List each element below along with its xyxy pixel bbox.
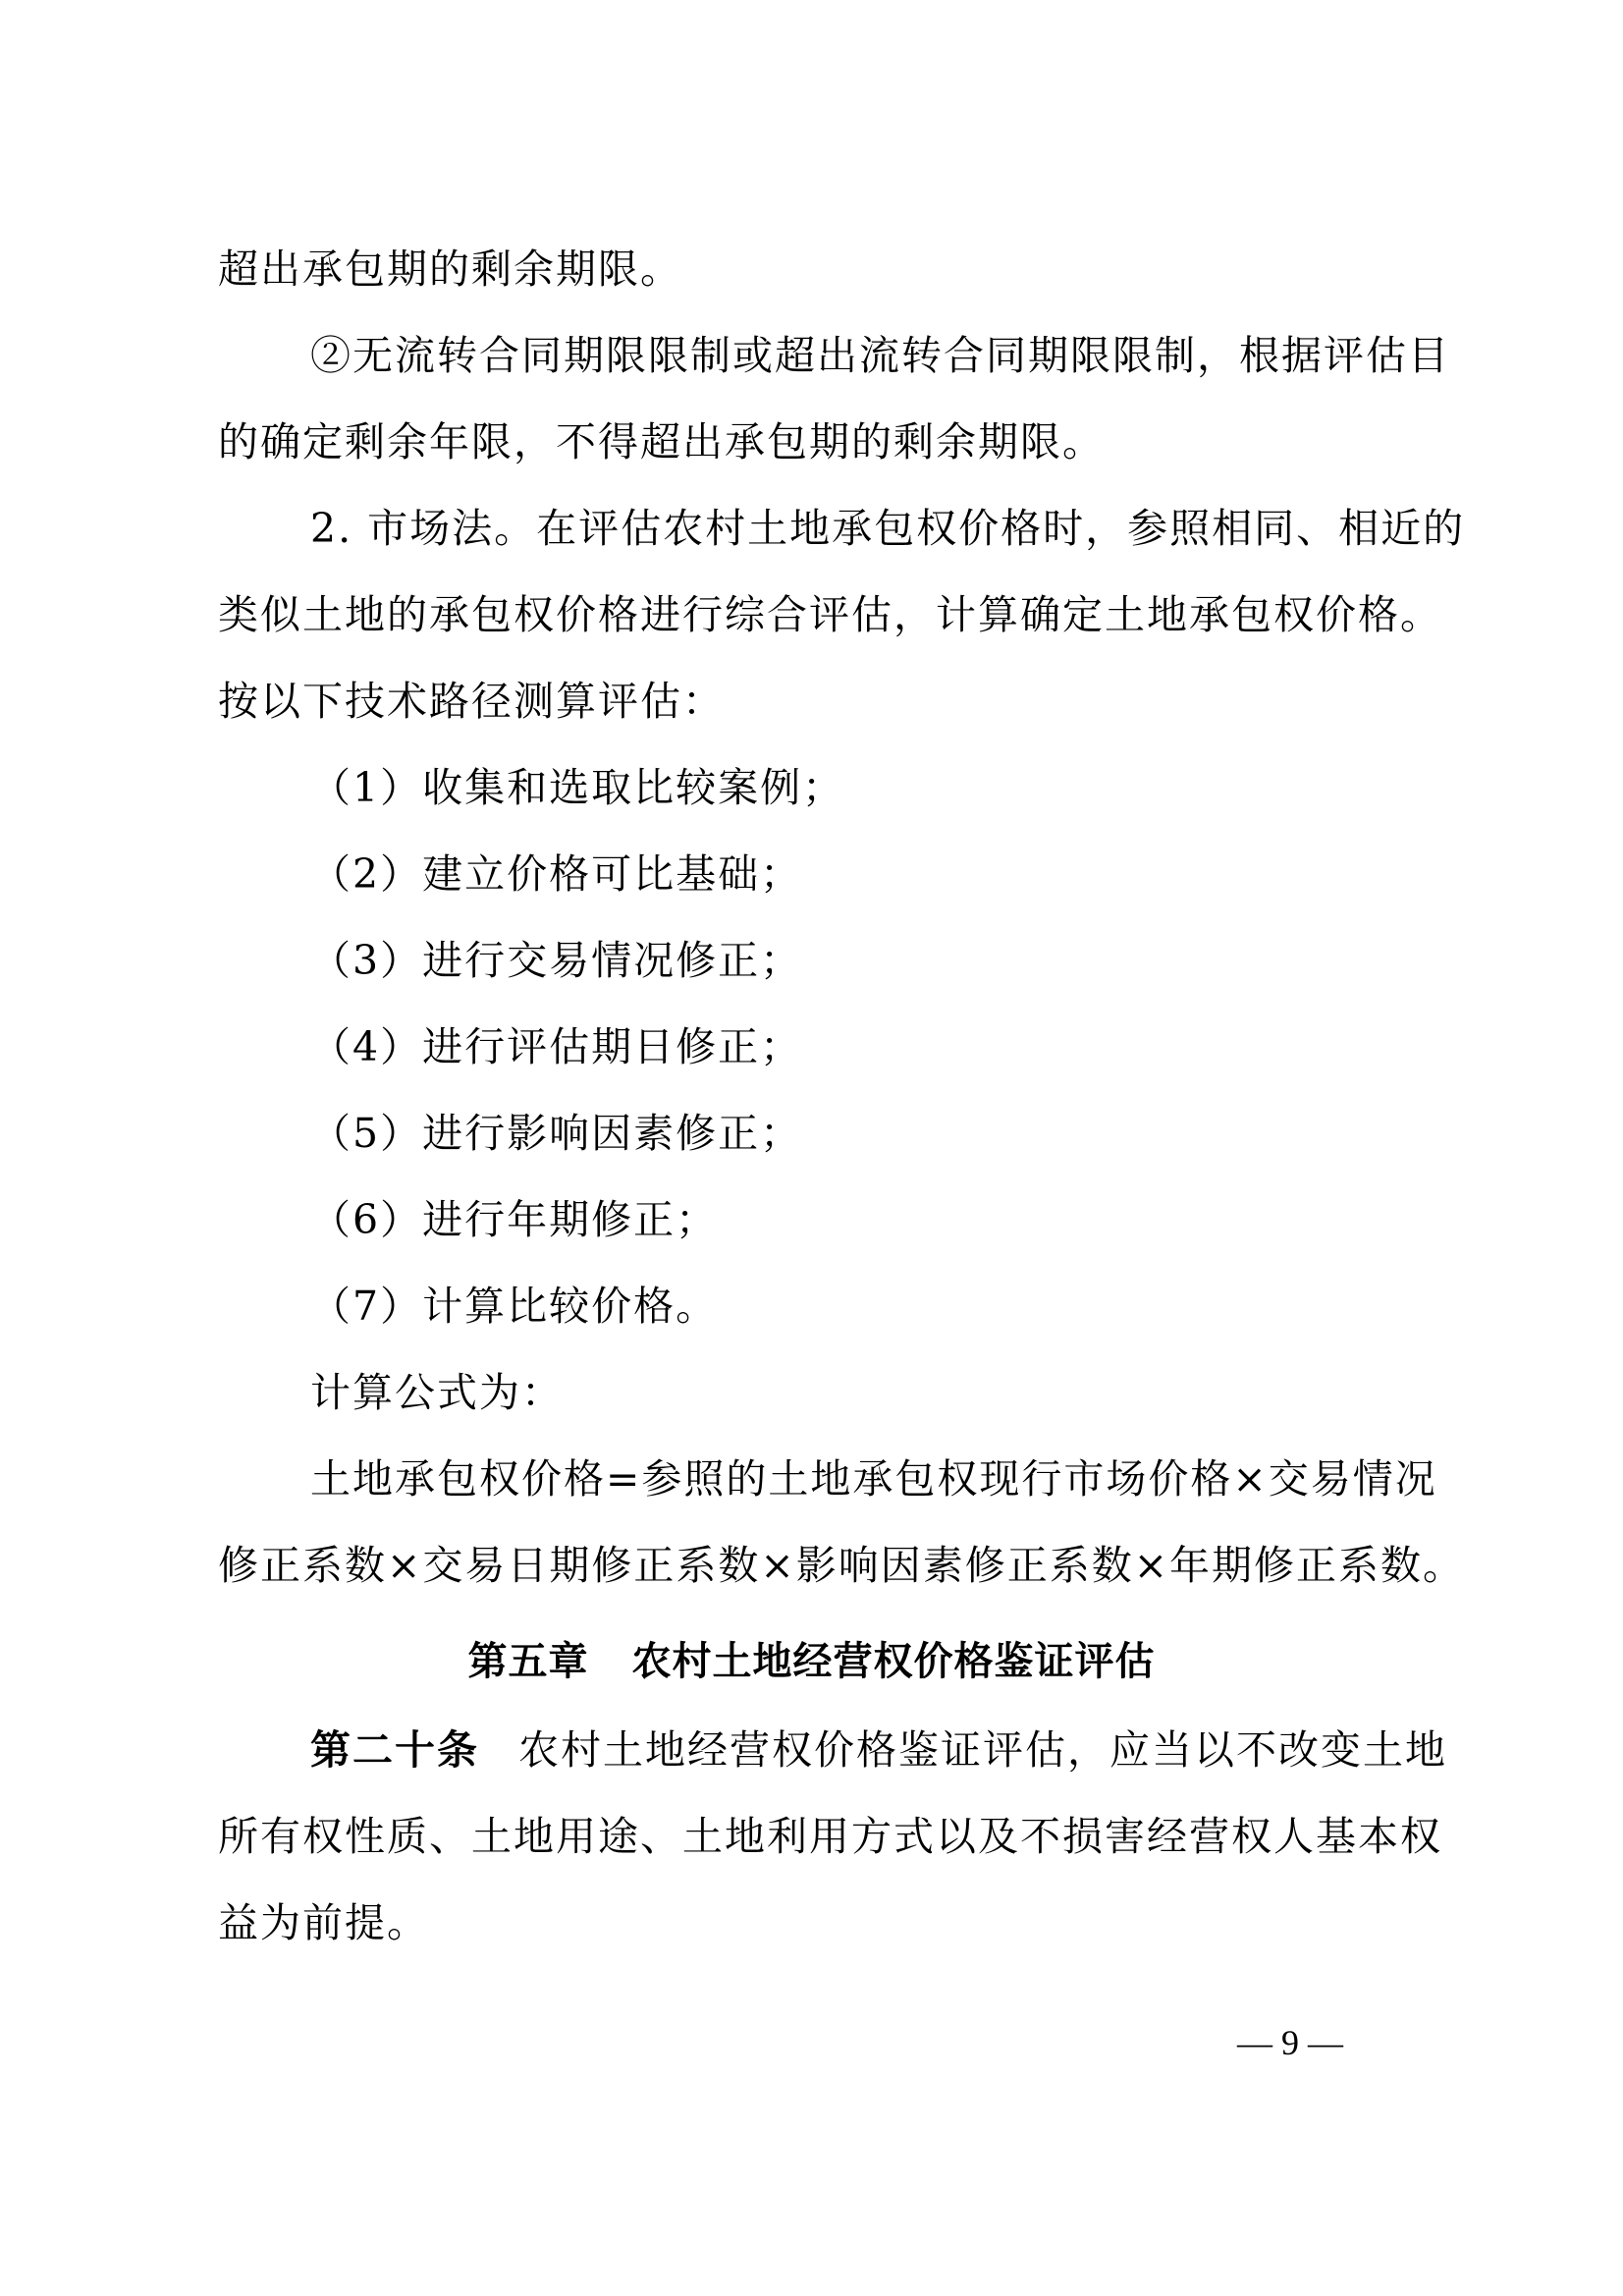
chapter-heading: 第五章农村土地经营权价格鉴证评估 bbox=[0, 1632, 1623, 1691]
step-item: （6）进行年期修正； bbox=[310, 1190, 718, 1249]
paragraph-line: 2. 市场法。在评估农村土地承包权价格时，参照相同、相近的 bbox=[310, 499, 1465, 558]
article-text: 农村土地经营权价格鉴证评估，应当以不改变土地 bbox=[518, 1726, 1447, 1774]
step-item: （7）计算比较价格。 bbox=[310, 1277, 718, 1336]
chapter-number: 第五章 bbox=[468, 1639, 589, 1684]
page-number: — 9 — bbox=[1237, 2023, 1343, 2062]
article-number: 第二十条 bbox=[310, 1726, 479, 1774]
paragraph-line: 类似土地的承包权价格进行综合评估，计算确定土地承包权价格。 bbox=[218, 585, 1442, 644]
paragraph-line: 的确定剩余年限，不得超出承包期的剩余期限。 bbox=[218, 412, 1105, 471]
step-item: （5）进行影响因素修正； bbox=[310, 1104, 802, 1163]
article-line: 所有权性质、土地用途、土地利用方式以及不损害经营权人基本权 bbox=[218, 1807, 1442, 1866]
step-item: （2）建立价格可比基础； bbox=[310, 845, 802, 903]
article-line: 第二十条农村土地经营权价格鉴证评估，应当以不改变土地 bbox=[310, 1721, 1447, 1779]
step-item: （3）进行交易情况修正； bbox=[310, 931, 802, 990]
paragraph-line: 按以下技术路径测算评估： bbox=[218, 672, 725, 731]
formula-intro: 计算公式为： bbox=[310, 1363, 564, 1422]
document-page: 超出承包期的剩余期限。 ②无流转合同期限限制或超出流转合同期限限制，根据评估目 … bbox=[0, 0, 1623, 2296]
article-line: 益为前提。 bbox=[218, 1893, 429, 1952]
chapter-title: 农村土地经营权价格鉴证评估 bbox=[632, 1639, 1156, 1684]
step-item: （1）收集和选取比较案例； bbox=[310, 758, 844, 817]
paragraph-line: 超出承包期的剩余期限。 bbox=[218, 240, 682, 299]
step-item: （4）进行评估期日修正； bbox=[310, 1017, 802, 1076]
formula-line: 修正系数×交易日期修正系数×影响因素修正系数×年期修正系数。 bbox=[218, 1536, 1465, 1595]
formula-line: 土地承包权价格=参照的土地承包权现行市场价格×交易情况 bbox=[310, 1449, 1437, 1508]
paragraph-line: ②无流转合同期限限制或超出流转合同期限限制，根据评估目 bbox=[310, 326, 1450, 385]
